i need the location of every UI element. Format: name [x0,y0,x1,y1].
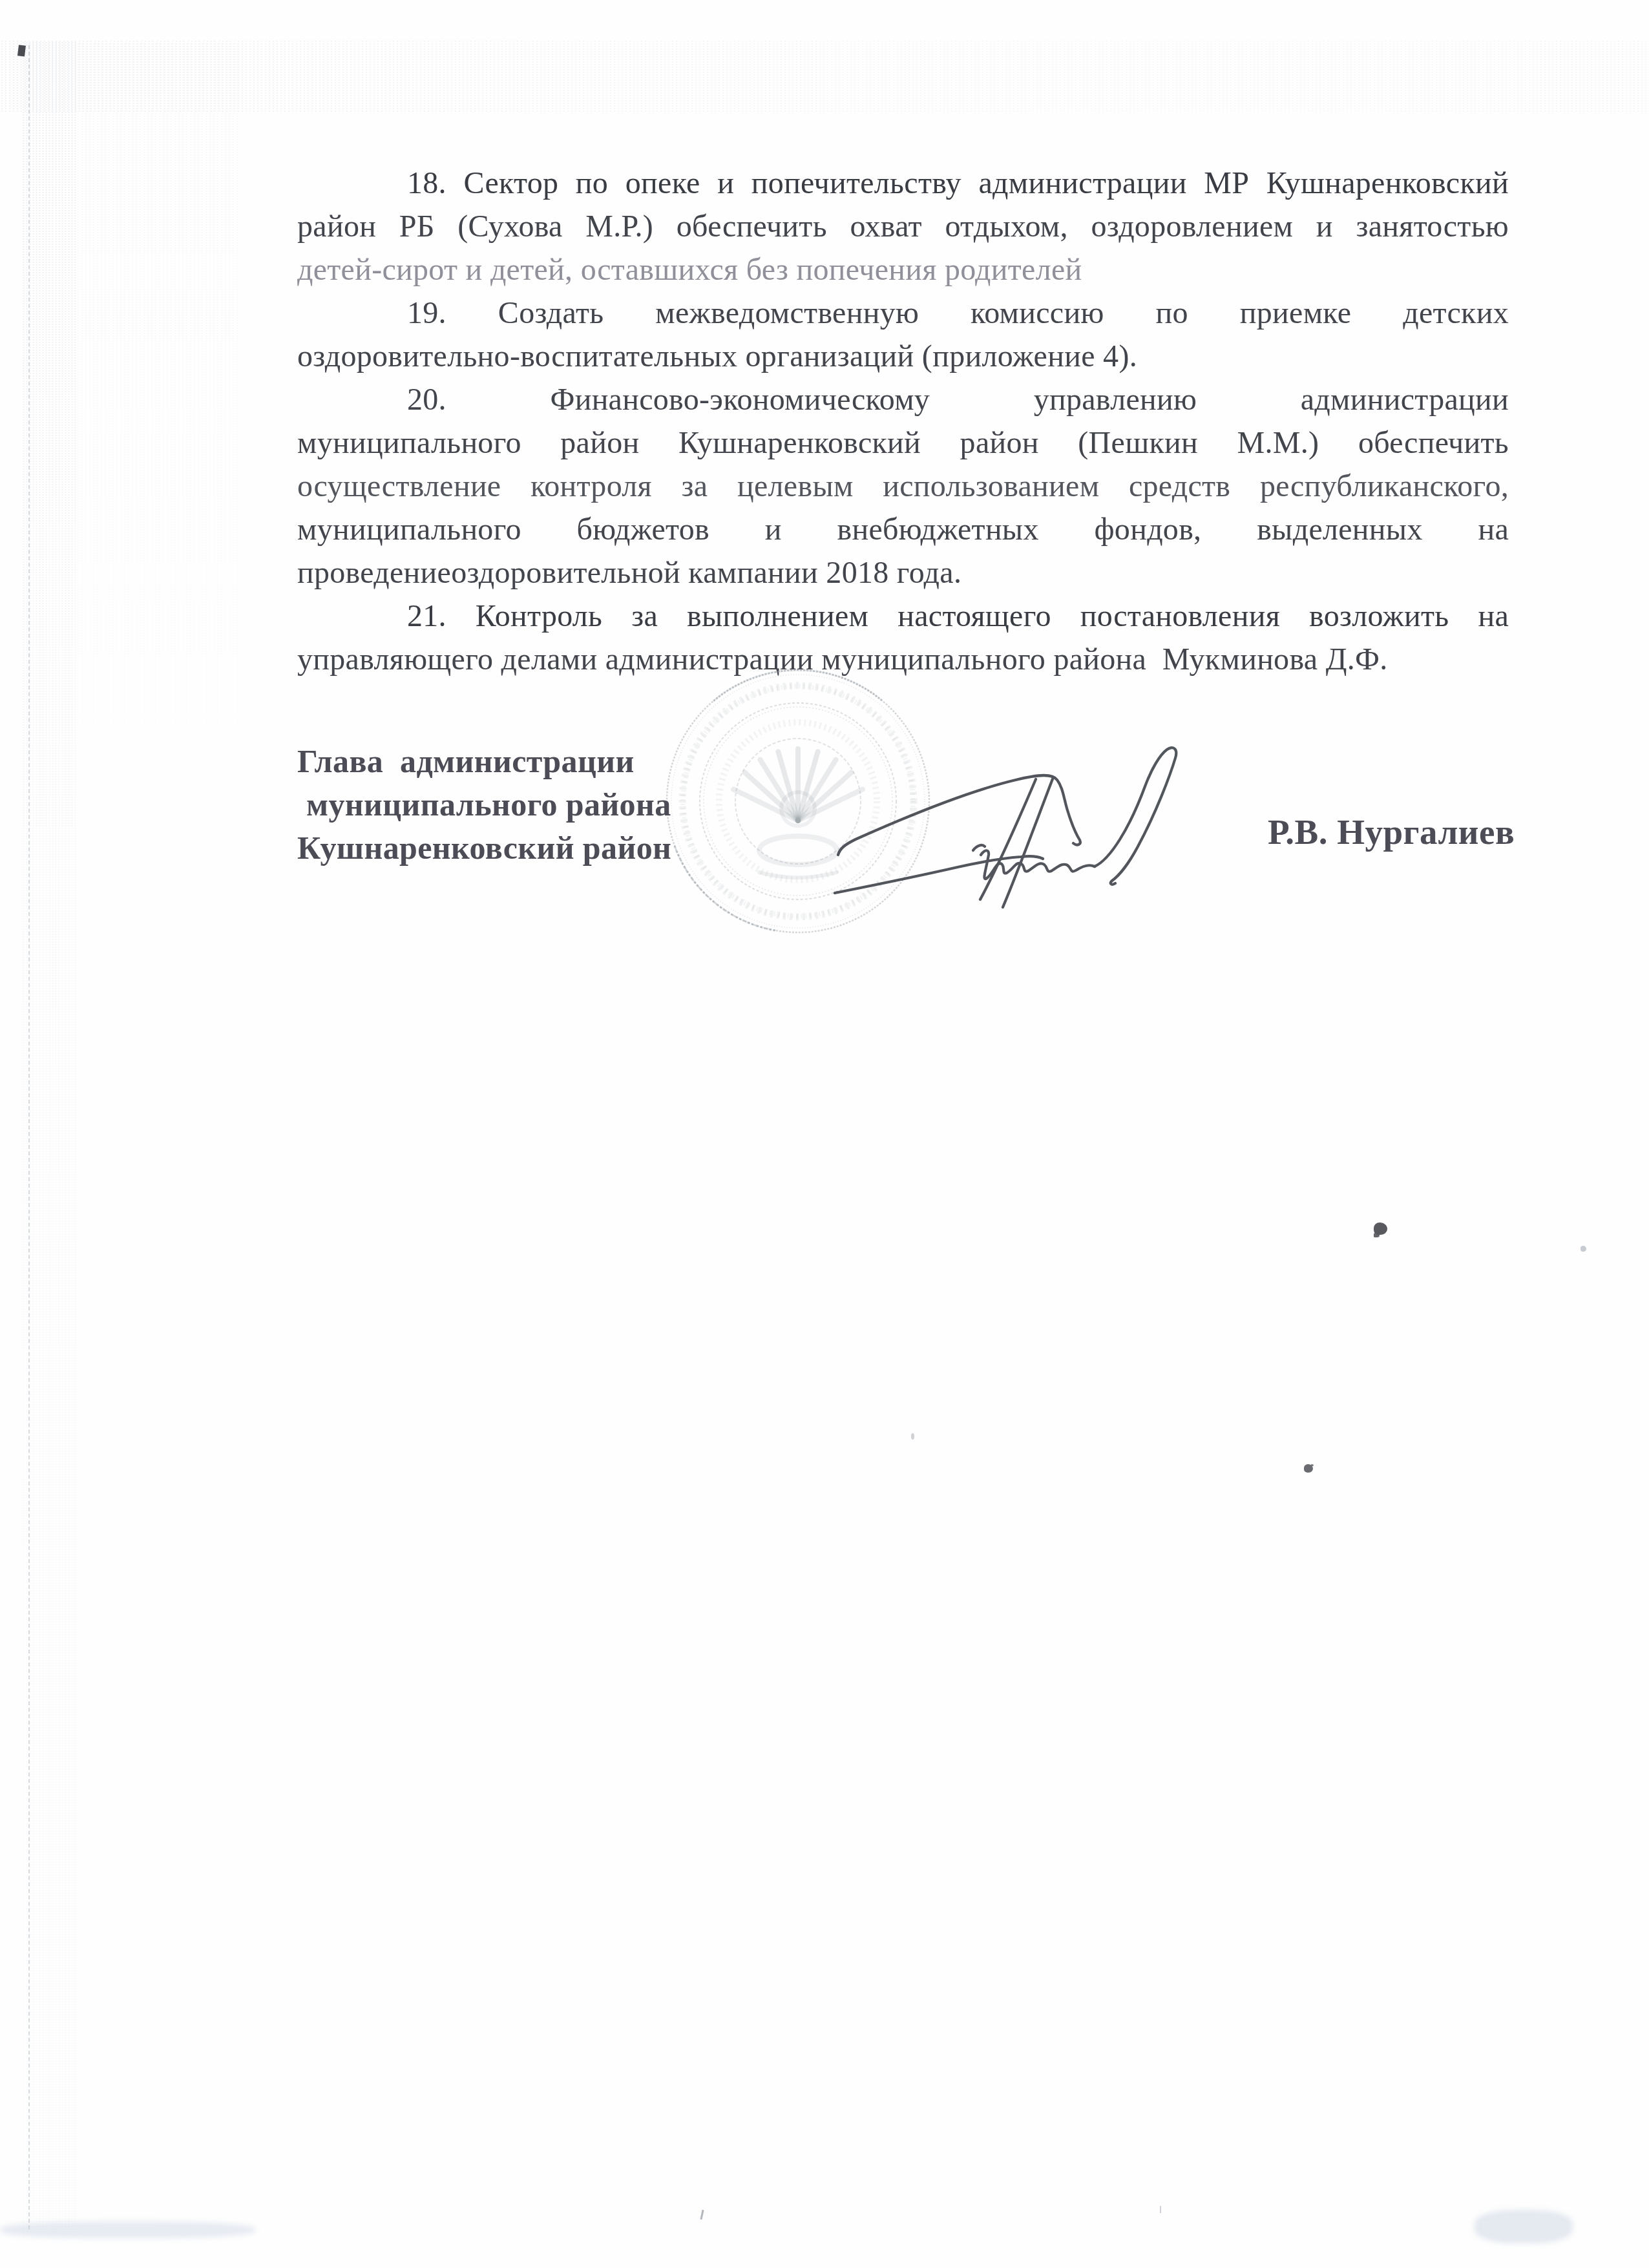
scan-noise-topleft-block [76,43,238,728]
ink-speck-2 [1304,1464,1313,1473]
scan-smudge-bottom-left [0,2221,255,2238]
signature-block: Глава администрации муниципального район… [297,740,879,870]
scan-mark-top-left [17,45,26,56]
ink-speck-4 [911,1433,914,1440]
scan-mark-bottom-1 [700,2210,704,2220]
para-20-line-5: проведениеоздоровительной кампании 2018 … [297,551,1509,594]
signer-role-line-1: Глава администрации [297,740,879,783]
scan-mark-bottom-2 [1160,2206,1161,2213]
scan-noise-left-band [22,41,76,2236]
ink-speck-1 [1374,1223,1387,1235]
para-18-line-3: детей-сирот и детей, оставшихся без попе… [297,248,1509,291]
ink-speck-3 [1581,1246,1586,1252]
handwritten-signature [834,659,1234,930]
document-body: 18. Сектор по опеке и попечительству адм… [297,162,1509,681]
para-19-line-1: 19. Создать межведомственную комиссию по… [297,291,1509,335]
signer-name: Р.В. Нургалиев [1268,812,1515,852]
para-21-line-1: 21. Контроль за выполнением настоящего п… [297,594,1509,638]
signer-role-line-3: Кушнаренковский район [297,826,879,870]
scan-fold-line [28,45,30,2229]
para-20-line-2: муниципального район Кушнаренковский рай… [297,421,1509,465]
para-20-line-3: осуществление контроля за целевым исполь… [297,465,1509,508]
scanned-document-page: 18. Сектор по опеке и попечительству адм… [0,0,1649,2268]
signature-strokes [835,748,1176,907]
para-18-line-1: 18. Сектор по опеке и попечительству адм… [297,162,1509,205]
scan-noise-top-band [0,40,1649,112]
signer-role-line-2: муниципального района [306,783,888,826]
para-19-line-2: оздоровительно-воспитательных организаци… [297,335,1509,378]
scan-smudge-bottom-right [1475,2210,1573,2243]
para-20-line-4: муниципального бюджетов и внебюджетных ф… [297,508,1509,551]
para-20-line-1: 20. Финансово-экономическому управлению … [297,378,1509,421]
para-18-line-2: район РБ (Сухова М.Р.) обеспечить охват … [297,205,1509,248]
